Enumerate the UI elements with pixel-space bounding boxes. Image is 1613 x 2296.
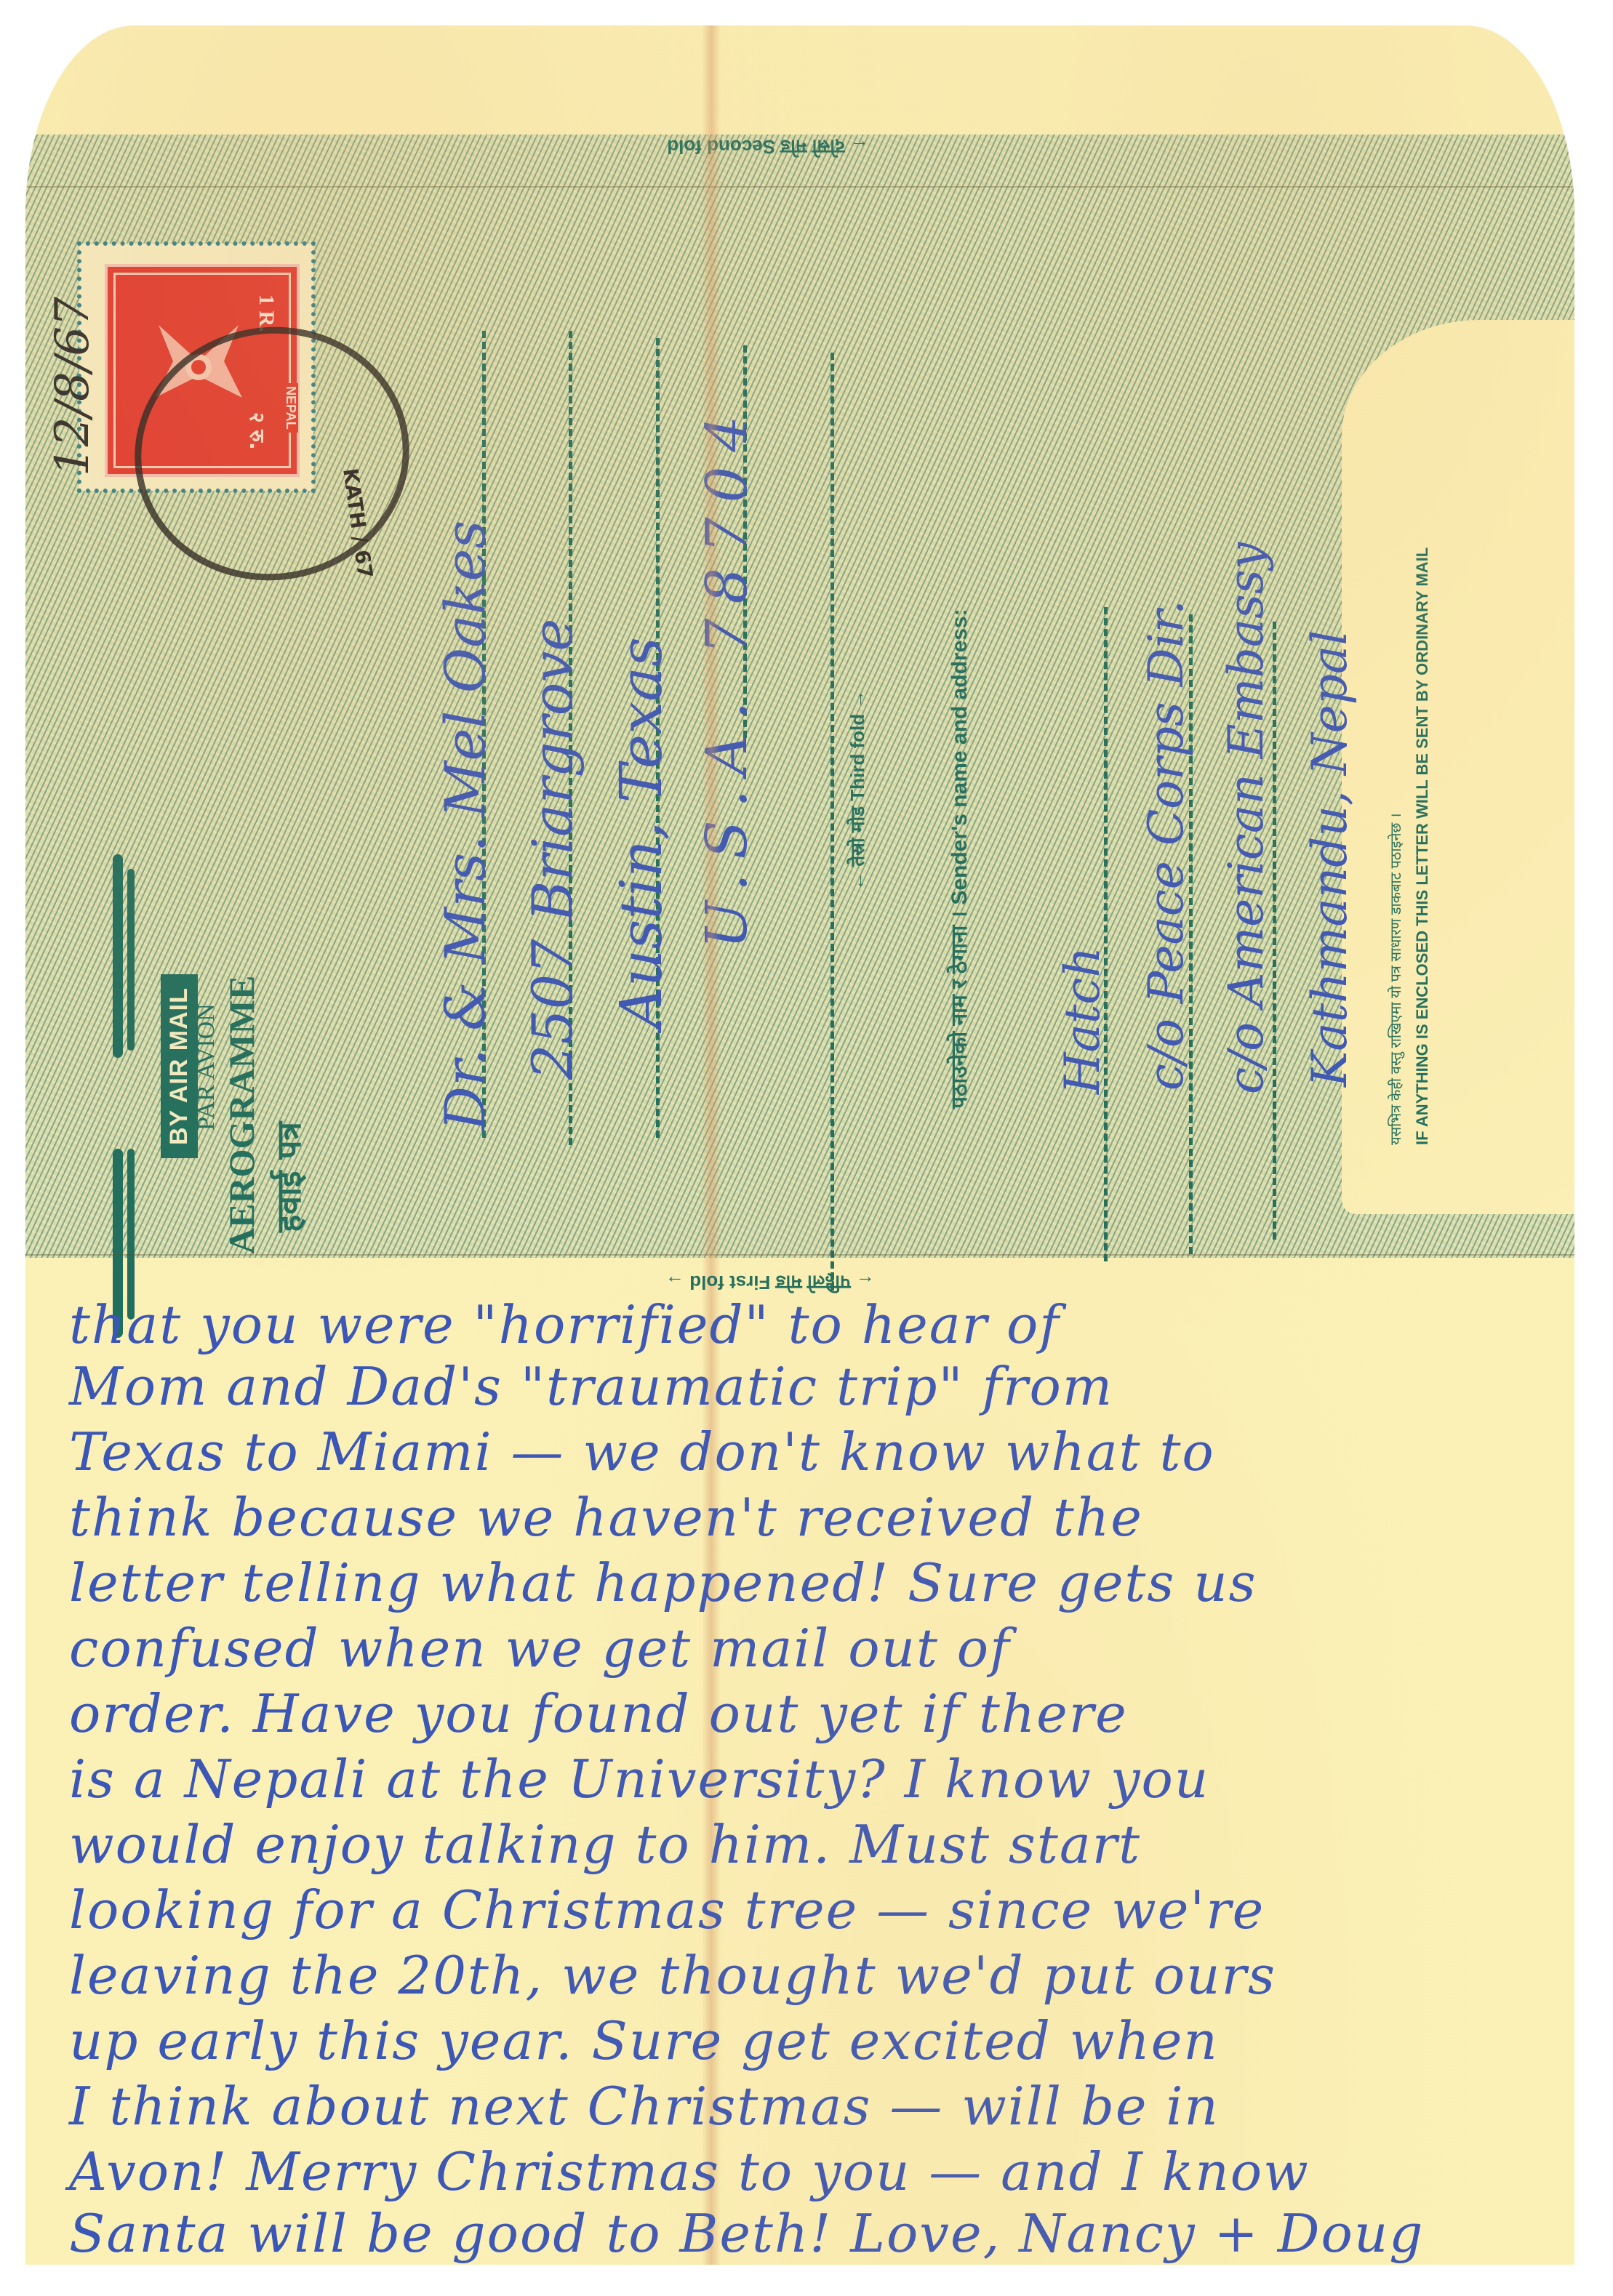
address-panel: 1 R. २ रु. NEPAL KATH / 67 BY AIR MAIL P… — [25, 135, 1574, 1258]
recipient-city: Austin, Texas — [607, 637, 675, 1029]
letter-line: is a Nepali at the University? I know yo… — [69, 1749, 1209, 1810]
aerogramme-label: AEROGRAMME — [220, 976, 263, 1254]
fold-crease-first — [25, 1254, 1574, 1256]
recipient-name: Dr. & Mrs. Mel Oakes — [433, 521, 497, 1131]
third-fold-line — [830, 353, 834, 1291]
wing-shape — [113, 854, 123, 1058]
letter-line: would enjoy talking to him. Must start — [69, 1814, 1141, 1875]
sender-line-peace-corps: c/o Peace Corps Dir. — [1138, 600, 1194, 1091]
postmark-text: KATH / 67 — [338, 467, 377, 580]
aerogramme-sheet: 1 R. २ रु. NEPAL KATH / 67 BY AIR MAIL P… — [25, 25, 1574, 2265]
letter-line: I think about next Christmas — will be i… — [69, 2076, 1220, 2137]
second-fold-label: ← दोस्रो मोड Second fold — [667, 135, 869, 161]
letter-line: letter telling what happened! Sure gets … — [69, 1552, 1257, 1613]
aerogramme-devanagari-label: हवाई पत्र — [265, 1122, 311, 1232]
letter-line: Mom and Dad's "traumatic trip" from — [69, 1356, 1113, 1417]
recipient-street: 2507 Briargrove — [520, 619, 585, 1080]
letter-line: Santa will be good to Beth! Love, Nancy … — [69, 2203, 1424, 2264]
pencil-date-note: 12/8/67 — [46, 297, 100, 476]
third-fold-label: ← तेस्रो मोड Third fold → — [844, 690, 870, 891]
letter-line: Texas to Miami — we don't know what to — [69, 1421, 1215, 1482]
sender-line-1 — [1104, 607, 1108, 1261]
notice-devanagari: यसभित्र केही वस्तु राखिएमा यो पत्र साधार… — [1385, 813, 1405, 1145]
letter-line: leaving the 20th, we thought we'd put ou… — [69, 1945, 1276, 2006]
fold-crease-top — [25, 186, 1574, 188]
letter-line: up early this year. Sure get excited whe… — [69, 2010, 1219, 2071]
wing-shape — [127, 869, 135, 1051]
letter-line: looking for a Christmas tree — since we'… — [69, 1879, 1265, 1940]
letter-line: order. Have you found out yet if there — [69, 1683, 1128, 1744]
letter-line: Avon! Merry Christmas to you — and I kno… — [69, 2141, 1310, 2202]
first-fold-label: ← पहिलो मोड First fold → — [665, 1270, 875, 1296]
sender-line-embassy: c/o American Embassy — [1218, 542, 1274, 1094]
letter-line: confused when we get mail out of — [69, 1618, 1011, 1679]
notice-english: IF ANYTHING IS ENCLOSED THIS LETTER WILL… — [1413, 547, 1432, 1145]
sender-name: Hatch — [1054, 947, 1110, 1094]
letter-line: think because we haven't received the — [69, 1487, 1143, 1548]
side-flap-cutout — [1342, 320, 1574, 1214]
sender-label: पठाउनेको नाम र ठेगाना । Sender's name an… — [943, 609, 973, 1109]
letter-line: that you were "horrified" to hear of — [69, 1294, 1060, 1355]
par-avion-label: PAR AVION — [193, 1003, 220, 1131]
sender-line-city: Kathmandu, Nepal — [1302, 630, 1358, 1087]
